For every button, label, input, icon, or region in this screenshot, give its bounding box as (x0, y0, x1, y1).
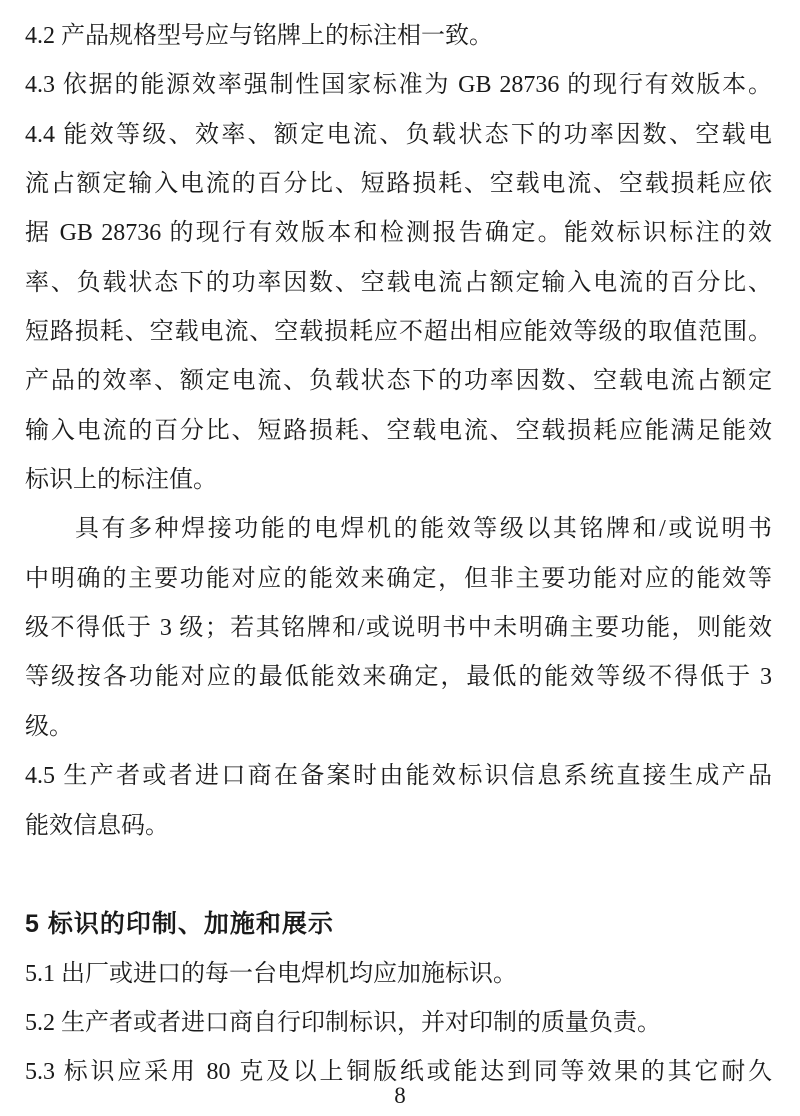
text-line: 能效信息码。 (25, 802, 772, 851)
text-line: 等级按各功能对应的最低能效来确定，最低的能效等级不得低于 3 (25, 653, 772, 702)
text-line: 产品的效率、额定电流、负载状态下的功率因数、空载电流占额定 (25, 357, 772, 406)
line-spacer (25, 851, 772, 900)
text-line: 级。 (25, 703, 772, 752)
text-line: 输入电流的百分比、短路损耗、空载电流、空载损耗应能满足能效 (25, 407, 772, 456)
text-line: 级不得低于 3 级；若其铭牌和/或说明书中未明确主要功能，则能效 (25, 604, 772, 653)
text-line: 4.2 产品规格型号应与铭牌上的标注相一致。 (25, 12, 772, 61)
text-line: 短路损耗、空载电流、空载损耗应不超出相应能效等级的取值范围。 (25, 308, 772, 357)
text-line: 标识上的标注值。 (25, 456, 772, 505)
text-line: 4.5 生产者或者进口商在备案时由能效标识信息系统直接生成产品 (25, 752, 772, 801)
text-line: 率、负载状态下的功率因数、空载电流占额定输入电流的百分比、 (25, 259, 772, 308)
text-line: 5.2 生产者或者进口商自行印制标识，并对印制的质量负责。 (25, 999, 772, 1048)
text-line: 流占额定输入电流的百分比、短路损耗、空载电流、空载损耗应依 (25, 160, 772, 209)
text-line: 4.4 能效等级、效率、额定电流、负载状态下的功率因数、空载电 (25, 111, 772, 160)
text-line: 具有多种焊接功能的电焊机的能效等级以其铭牌和/或说明书 (25, 505, 772, 554)
text-line: 中明确的主要功能对应的能效来确定，但非主要功能对应的能效等 (25, 555, 772, 604)
document-page: 4.2 产品规格型号应与铭牌上的标注相一致。4.3 依据的能源效率强制性国家标准… (0, 0, 800, 1116)
document-body: 4.2 产品规格型号应与铭牌上的标注相一致。4.3 依据的能源效率强制性国家标准… (25, 12, 772, 1098)
text-line: 4.3 依据的能源效率强制性国家标准为 GB 28736 的现行有效版本。 (25, 61, 772, 110)
page-number: 8 (0, 1081, 800, 1111)
text-line: 5.1 出厂或进口的每一台电焊机均应加施标识。 (25, 950, 772, 999)
section-heading: 5 标识的印制、加施和展示 (25, 900, 772, 949)
text-line: 据 GB 28736 的现行有效版本和检测报告确定。能效标识标注的效 (25, 209, 772, 258)
